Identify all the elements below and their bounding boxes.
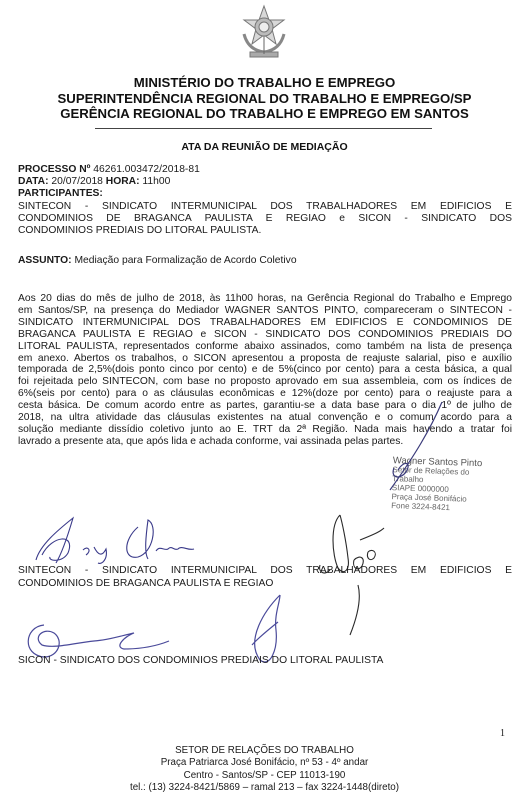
participants-label: PARTICIPANTES: [18, 188, 103, 199]
footer-address: Praça Patriarca José Bonifácio, nº 53 - … [0, 757, 529, 769]
date-value: 20/07/2018 [51, 176, 103, 187]
header-regional-office: GERÊNCIA REGIONAL DO TRABALHO E EMPREGO … [0, 106, 529, 122]
body-line: LITORAL PAULISTA, representados conforme… [18, 341, 512, 353]
time-value: 11h00 [142, 176, 170, 187]
participants-line: CONDOMINIOS PREDIAIS DO LITORAL PAULISTA… [18, 225, 261, 236]
date-label: DATA: [18, 176, 49, 187]
header-divider [95, 128, 432, 129]
document-header: MINISTÉRIO DO TRABALHO E EMPREGO SUPERIN… [0, 75, 529, 122]
footer-phone: tel.: (13) 3224-8421/5869 – ramal 213 – … [0, 782, 529, 794]
header-superintendency: SUPERINTENDÊNCIA REGIONAL DO TRABALHO E … [0, 91, 529, 107]
subject-row: ASSUNTO: Mediação para Formalização de A… [18, 255, 297, 266]
participants-line: CONDOMINIOS DE BRAGANCA PAULISTA E REGIA… [18, 213, 512, 225]
body-line: temporada de 2,5%(dois ponto cinco por c… [18, 364, 512, 376]
mediator-signature-icon [360, 400, 450, 500]
body-line: foi rejeitada pelo SINTECON, com base no… [18, 376, 512, 388]
header-ministry: MINISTÉRIO DO TRABALHO E EMPREGO [0, 75, 529, 91]
sicon-signature-label: SICON - SINDICATO DOS CONDOMINIOS PREDIA… [18, 655, 383, 666]
body-line: BRAGANCA PAULISTA E REGIAO e SICON - SIN… [18, 329, 512, 341]
subject-value: Mediação para Formalização de Acordo Col… [74, 255, 296, 266]
document-footer: SETOR DE RELAÇÕES DO TRABALHO Praça Patr… [0, 745, 529, 794]
body-line: Aos 20 dias do mês de julho de 2018, às … [18, 293, 512, 305]
footer-department: SETOR DE RELAÇÕES DO TRABALHO [0, 745, 529, 757]
body-line: em anexo. Abertos os trabalhos, o SICON … [18, 353, 512, 365]
sintecon-signature-label: SINTECON - SINDICATO INTERMUNICIPAL DOS … [18, 565, 512, 590]
date-row: DATA: 20/07/2018 HORA: 11h00 [18, 176, 512, 188]
time-label: HORA: [106, 176, 140, 187]
process-value: 46261.003472/2018-81 [93, 164, 200, 175]
body-line: em Santos/SP, na presença do Mediador WA… [18, 305, 512, 317]
page-number: 1 [500, 728, 505, 739]
meeting-metadata: PROCESSO Nº 46261.003472/2018-81 DATA: 2… [18, 164, 512, 237]
participants-line: SINTECON - SINDICATO INTERMUNICIPAL DOS … [18, 201, 512, 213]
process-label: PROCESSO Nº [18, 164, 90, 175]
subject-label: ASSUNTO: [18, 255, 72, 266]
document-title: ATA DA REUNIÃO DE MEDIAÇÃO [0, 141, 529, 153]
signature-label-line: CONDOMINIOS DE BRAGANCA PAULISTA E REGIA… [18, 578, 273, 589]
signature-label-line: SINTECON - SINDICATO INTERMUNICIPAL DOS … [18, 565, 512, 578]
body-line: lavrado a presente ata, que após lida e … [18, 436, 403, 447]
sintecon-signature-icon [28, 515, 218, 565]
footer-city: Centro - Santos/SP - CEP 11013-190 [0, 770, 529, 782]
body-line: SINDICATO INTERMUNICIPAL DOS TRABALHADOR… [18, 317, 512, 329]
participants-text: SINTECON - SINDICATO INTERMUNICIPAL DOS … [18, 201, 512, 238]
brazil-coat-of-arms-icon [238, 4, 290, 64]
process-number-row: PROCESSO Nº 46261.003472/2018-81 [18, 164, 512, 176]
body-line: 6%(seis por cento) para o as cláusulas e… [18, 388, 512, 400]
